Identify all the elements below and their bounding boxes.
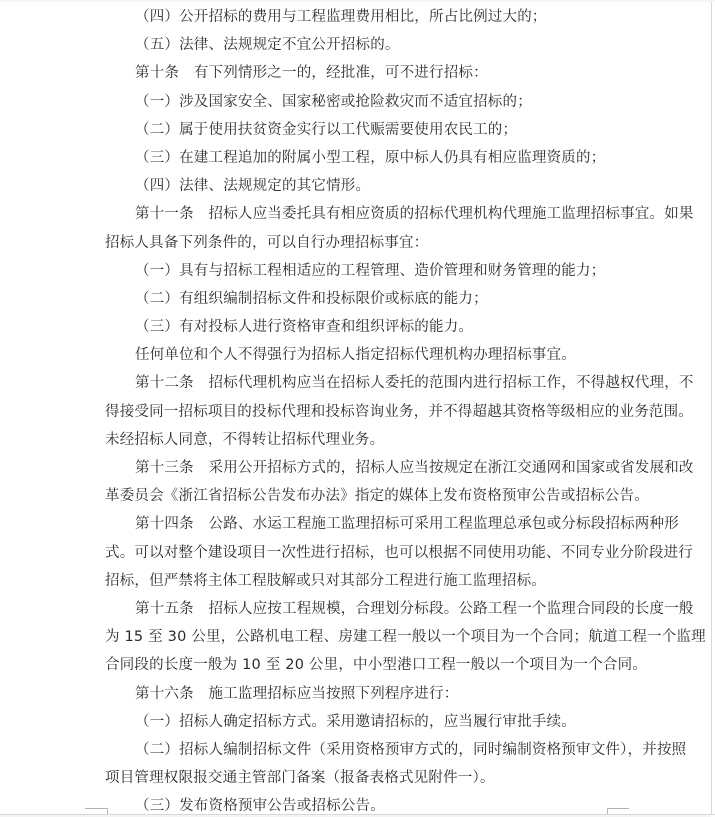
page-right-edge — [711, 2, 712, 815]
text-line: 式。可以对整个建设项目一次性进行招标，也可以根据不同使用功能、不同专业分阶段进行 — [105, 539, 613, 567]
text-line: 得接受同一招标项目的投标代理和投标咨询业务，并不得超越其资格等级相应的业务范围。 — [105, 398, 613, 426]
text-line: 第十六条 施工监理招标应当按照下列程序进行： — [105, 680, 613, 708]
crop-mark-horizontal — [85, 808, 108, 809]
text-line: 第十条 有下列情形之一的，经批准，可不进行招标： — [105, 59, 613, 87]
text-line: 第十二条 招标代理机构应当在招标人委托的范围内进行招标工作，不得越权代理，不 — [105, 369, 613, 397]
text-line: （三）有对投标人进行资格审查和组织评标的能力。 — [105, 313, 613, 341]
text-line: （一）涉及国家安全、国家秘密或抢险救灾而不适宜招标的； — [105, 88, 613, 116]
text-line: 合同段的长度一般为 10 至 20 公里，中小型港口工程一般以一个项目为一个合同… — [105, 651, 613, 679]
text-line: （四）公开招标的费用与工程监理费用相比，所占比例过大的； — [105, 3, 613, 31]
text-line: 第十一条 招标人应当委托具有相应资质的招标代理机构代理施工监理招标事宜。如果 — [105, 200, 613, 228]
text-line: 招标，但严禁将主体工程肢解或只对其部分工程进行施工监理招标。 — [105, 567, 613, 595]
text-line: （三）在建工程追加的附属小型工程，原中标人仍具有相应监理资质的； — [105, 144, 613, 172]
text-line: （四）法律、法规规定的其它情形。 — [105, 172, 613, 200]
text-line: （一）招标人确定招标方式。采用邀请招标的，应当履行审批手续。 — [105, 708, 613, 736]
text-line: （五）法律、法规规定不宜公开招标的。 — [105, 31, 613, 59]
document-body[interactable]: （四）公开招标的费用与工程监理费用相比，所占比例过大的；（五）法律、法规规定不宜… — [105, 3, 613, 817]
text-line: 第十五条 招标人应按工程规模，合理划分标段。公路工程一个监理合同段的长度一般 — [105, 595, 613, 623]
text-line: 第十三条 采用公开招标方式的，招标人应当按规定在浙江交通网和国家或省发展和改 — [105, 454, 613, 482]
text-line: （二）招标人编制招标文件（采用资格预审方式的，同时编制资格预审文件），并按照 — [105, 736, 613, 764]
text-line: 招标人具备下列条件的，可以自行办理招标事宜： — [105, 229, 613, 257]
text-line: 革委员会《浙江省招标公告发布办法》指定的媒体上发布资格预审公告或招标公告。 — [105, 482, 613, 510]
text-line: 任何单位和个人不得强行为招标人指定招标代理机构办理招标事宜。 — [105, 341, 613, 369]
text-line: （一）具有与招标工程相适应的工程管理、造价管理和财务管理的能力； — [105, 257, 613, 285]
text-line: 项目管理权限报交通主管部门备案（报备表格式见附件一）。 — [105, 764, 613, 792]
text-line: （二）属于使用扶贫资金实行以工代赈需要使用农民工的； — [105, 116, 613, 144]
text-line: 第十四条 公路、水运工程施工监理招标可采用工程监理总承包或分标段招标两种形 — [105, 510, 613, 538]
crop-mark-horizontal — [607, 808, 629, 809]
text-line: （二）有组织编制招标文件和投标限价或标底的能力； — [105, 285, 613, 313]
text-line: 未经招标人同意，不得转让招标代理业务。 — [105, 426, 613, 454]
document-page: （四）公开招标的费用与工程监理费用相比，所占比例过大的；（五）法律、法规规定不宜… — [0, 0, 715, 817]
text-line: 为 15 至 30 公里，公路机电工程、房建工程一般以一个项目为一个合同；航道工… — [105, 623, 613, 651]
